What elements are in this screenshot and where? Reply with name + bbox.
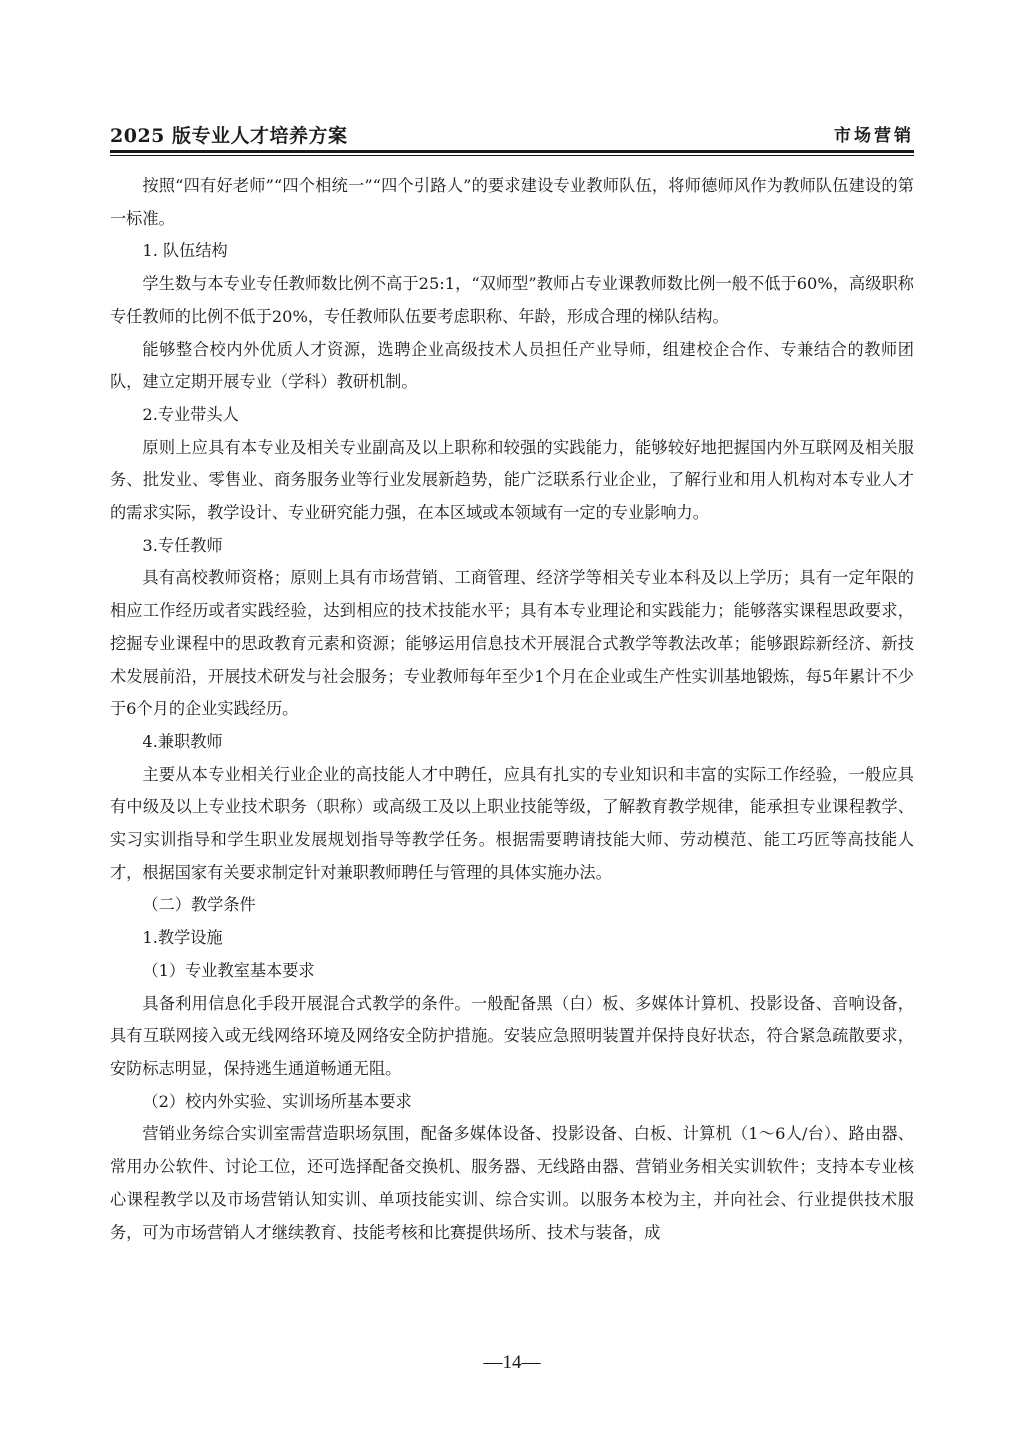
section-heading: （2）校内外实验、实训场所基本要求 xyxy=(110,1086,914,1119)
page-number: —14— xyxy=(0,1352,1024,1374)
header-document-title: 2025 版专业人才培养方案 xyxy=(110,124,348,148)
paragraph: 学生数与本专业专任教师数比例不高于25:1，“双师型”教师占专业课教师数比例一般… xyxy=(110,268,914,333)
section-heading: 4.兼职教师 xyxy=(110,726,914,759)
section-heading: 1.教学设施 xyxy=(110,922,914,955)
paragraph: 按照“四有好老师”“四个相统一”“四个引路人”的要求建设专业教师队伍，将师德师风… xyxy=(110,170,914,235)
document-page: 2025 版专业人才培养方案 市场营销 按照“四有好老师”“四个相统一”“四个引… xyxy=(0,0,1024,1448)
paragraph: 能够整合校内外优质人才资源，选聘企业高级技术人员担任产业导师，组建校企合作、专兼… xyxy=(110,334,914,399)
paragraph: 主要从本专业相关行业企业的高技能人才中聘任，应具有扎实的专业知识和丰富的实际工作… xyxy=(110,759,914,890)
running-header: 2025 版专业人才培养方案 市场营销 xyxy=(110,124,914,150)
header-section-title: 市场营销 xyxy=(834,124,914,148)
paragraph: 营销业务综合实训室需营造职场氛围，配备多媒体设备、投影设备、白板、计算机（1～6… xyxy=(110,1118,914,1249)
header-rule-thin xyxy=(110,155,914,156)
header-rule-thick xyxy=(110,150,914,153)
paragraph: 具备利用信息化手段开展混合式教学的条件。一般配备黑（白）板、多媒体计算机、投影设… xyxy=(110,988,914,1086)
body-text: 按照“四有好老师”“四个相统一”“四个引路人”的要求建设专业教师队伍，将师德师风… xyxy=(110,170,914,1249)
section-heading: 3.专任教师 xyxy=(110,530,914,563)
section-heading: （二）教学条件 xyxy=(110,889,914,922)
paragraph: 原则上应具有本专业及相关专业副高及以上职称和较强的实践能力，能够较好地把握国内外… xyxy=(110,432,914,530)
section-heading: （1）专业教室基本要求 xyxy=(110,955,914,988)
paragraph: 具有高校教师资格；原则上具有市场营销、工商管理、经济学等相关专业本科及以上学历；… xyxy=(110,562,914,726)
section-heading: 2.专业带头人 xyxy=(110,399,914,432)
section-heading: 1. 队伍结构 xyxy=(110,235,914,268)
